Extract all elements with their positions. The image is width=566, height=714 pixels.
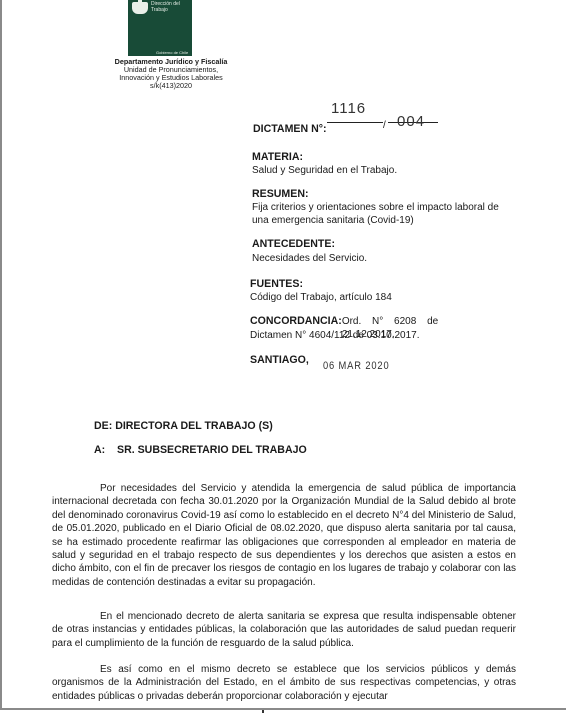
- concordancia-label: CONCORDANCIA:: [250, 315, 342, 327]
- logo-gov-text: Gobierno de Chile: [156, 50, 188, 55]
- dictamen-number: 1116: [331, 100, 366, 117]
- reference-code: s/k(413)2020: [96, 82, 246, 90]
- materia-value: Salud y Seguridad en el Trabajo.: [252, 164, 397, 177]
- dictamen-slash: /: [383, 120, 386, 131]
- paragraph-text: En el mencionado decreto de alerta sanit…: [52, 611, 516, 649]
- resumen-label: RESUMEN:: [252, 188, 309, 200]
- chile-coat-of-arms-icon: [132, 2, 148, 14]
- to-recipient: SR. SUBSECRETARIO DEL TRABAJO: [117, 444, 307, 456]
- dictamen-label: DICTAMEN N°:: [253, 123, 326, 135]
- place-label: SANTIAGO,: [250, 354, 309, 366]
- date-stamp: 06 MAR 2020: [323, 360, 390, 372]
- body-paragraph-3: Es así como en el mismo decreto se estab…: [52, 663, 516, 703]
- fuentes-value: Código del Trabajo, artículo 184: [250, 291, 392, 304]
- institution-logo: Dirección del Trabajo Gobierno de Chile: [128, 0, 192, 56]
- department-block: Departamento Jurídico y Fiscalía Unidad …: [96, 58, 246, 90]
- dictamen-suffix: 004: [397, 113, 425, 130]
- body-paragraph-1: Por necesidades del Servicio y atendida …: [52, 482, 516, 589]
- antecedente-value: Necesidades del Servicio.: [252, 252, 367, 265]
- from-line: DE: DIRECTORA DEL TRABAJO (S): [94, 420, 273, 432]
- concordancia-line-2: Dictamen N° 4604/112 de 03.10.2017.: [250, 329, 420, 342]
- page-mark: [262, 710, 264, 713]
- body-paragraph-2: En el mencionado decreto de alerta sanit…: [52, 610, 516, 650]
- resumen-line-2: una emergencia sanitaria (Covid-19): [252, 214, 414, 227]
- resumen-line-1: Fija criterios y orientaciones sobre el …: [252, 201, 499, 214]
- fuentes-label: FUENTES:: [250, 278, 303, 290]
- paragraph-text: Por necesidades del Servicio y atendida …: [52, 483, 516, 588]
- materia-label: MATERIA:: [252, 151, 303, 163]
- logo-org-name: Dirección del Trabajo: [151, 1, 192, 13]
- antecedente-label: ANTECEDENTE:: [252, 238, 335, 250]
- paragraph-text: Es así como en el mismo decreto se estab…: [52, 664, 516, 702]
- dictamen-underline-1: [327, 122, 383, 123]
- to-label: A:: [94, 444, 105, 456]
